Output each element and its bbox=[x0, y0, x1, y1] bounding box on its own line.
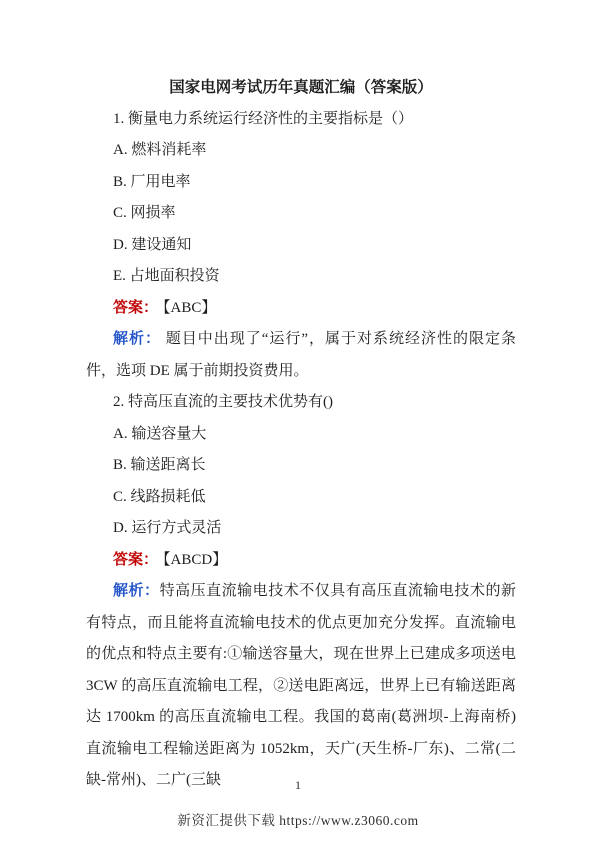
question-1-answer-line: 答案：【ABC】 bbox=[86, 293, 516, 325]
page-number: 1 bbox=[0, 778, 596, 793]
answer-label: 答案： bbox=[113, 552, 158, 568]
analysis-text: 特高压直流输电技术不仅具有高压直流输电技术的新有特点，而且能将直流输电技术的优点… bbox=[86, 583, 516, 788]
answer-label: 答案： bbox=[113, 300, 158, 316]
answer-value: 【ABCD】 bbox=[163, 552, 227, 568]
question-1-option-a: A. 燃料消耗率 bbox=[86, 135, 516, 167]
question-1-option-c: C. 网损率 bbox=[86, 198, 516, 230]
document-page: 国家电网考试历年真题汇编（答案版） 1. 衡量电力系统运行经济性的主要指标是（）… bbox=[0, 0, 596, 842]
page-content: 国家电网考试历年真题汇编（答案版） 1. 衡量电力系统运行经济性的主要指标是（）… bbox=[86, 72, 516, 797]
question-2-answer-line: 答案：【ABCD】 bbox=[86, 545, 516, 577]
question-2-analysis: 解析：特高压直流输电技术不仅具有高压直流输电技术的新有特点，而且能将直流输电技术… bbox=[86, 576, 516, 797]
question-2-option-b: B. 输送距离长 bbox=[86, 450, 516, 482]
question-2-option-a: A. 输送容量大 bbox=[86, 419, 516, 451]
analysis-label: 解析： bbox=[113, 331, 161, 347]
footer-text: 新资汇提供下载 https://www.z3060.com bbox=[0, 809, 596, 829]
question-2-stem: 2. 特高压直流的主要技术优势有() bbox=[86, 387, 516, 419]
question-1-option-d: D. 建设通知 bbox=[86, 230, 516, 262]
question-1-option-b: B. 厂用电率 bbox=[86, 167, 516, 199]
answer-value: 【ABC】 bbox=[163, 300, 216, 316]
question-1-analysis: 解析： 题目中出现了“运行”，属于对系统经济性的限定条件，选项 DE 属于前期投… bbox=[86, 324, 516, 387]
question-1-option-e: E. 占地面积投资 bbox=[86, 261, 516, 293]
page-title: 国家电网考试历年真题汇编（答案版） bbox=[86, 72, 516, 104]
question-block-1: 1. 衡量电力系统运行经济性的主要指标是（） A. 燃料消耗率 B. 厂用电率 … bbox=[86, 104, 516, 388]
analysis-label: 解析： bbox=[113, 583, 160, 599]
question-1-stem: 1. 衡量电力系统运行经济性的主要指标是（） bbox=[86, 104, 516, 136]
question-2-option-c: C. 线路损耗低 bbox=[86, 482, 516, 514]
question-2-option-d: D. 运行方式灵活 bbox=[86, 513, 516, 545]
question-block-2: 2. 特高压直流的主要技术优势有() A. 输送容量大 B. 输送距离长 C. … bbox=[86, 387, 516, 797]
